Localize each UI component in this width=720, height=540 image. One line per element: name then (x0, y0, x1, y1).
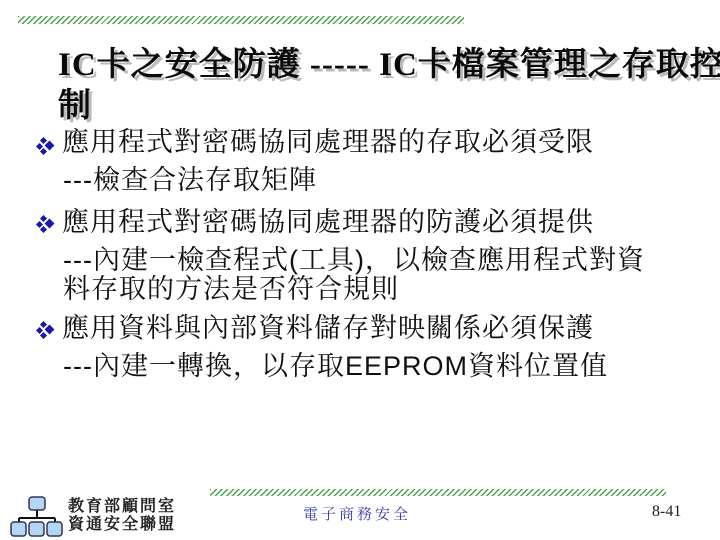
diamond-bullet-icon (37, 216, 53, 232)
logo-text-line-1: 教育部顧問室 (68, 498, 176, 516)
bullet-text: 應用程式對密碼協同處理器的防護必須提供 (62, 207, 594, 237)
page-number: 8-41 (652, 503, 681, 521)
footer-course-title: 電子商務安全 (303, 503, 411, 524)
slide-title-line-1: IC卡之安全防護 ----- IC卡檔案管理之存取控 (58, 45, 706, 86)
bullet-subtext-wrap: 料存取的方法是否符合規則 (63, 274, 399, 304)
slide-canvas: IC卡之安全防護 ----- IC卡檔案管理之存取控 制 應用程式對密碼協同處理… (0, 0, 720, 540)
consortium-logo: 教育部顧問室 資通安全聯盟 (10, 496, 176, 538)
bullet-subtext: ---內建一檢查程式(工具)，以檢查應用程式對資 (63, 245, 645, 275)
bullet-text: 應用程式對密碼協同處理器的存取必須受限 (62, 127, 594, 157)
decorative-hatch-line-footer (210, 489, 666, 496)
logo-text-line-2: 資通安全聯盟 (68, 516, 176, 534)
bullet-subtext: ---檢查合法存取矩陣 (63, 165, 317, 195)
diamond-bullet-icon (37, 138, 53, 154)
decorative-hatch-line-top (18, 16, 464, 24)
bullet-text: 應用資料與內部資料儲存對映關係必須保護 (62, 313, 594, 343)
org-chart-icon (10, 496, 64, 538)
slide-title: IC卡之安全防護 ----- IC卡檔案管理之存取控 制 (58, 45, 706, 127)
bullet-subtext: ---內建一轉換，以存取EEPROM資料位置值 (63, 351, 608, 381)
diamond-bullet-icon (37, 322, 53, 338)
logo-text: 教育部顧問室 資通安全聯盟 (68, 498, 176, 534)
slide-title-line-2: 制 (58, 86, 706, 127)
